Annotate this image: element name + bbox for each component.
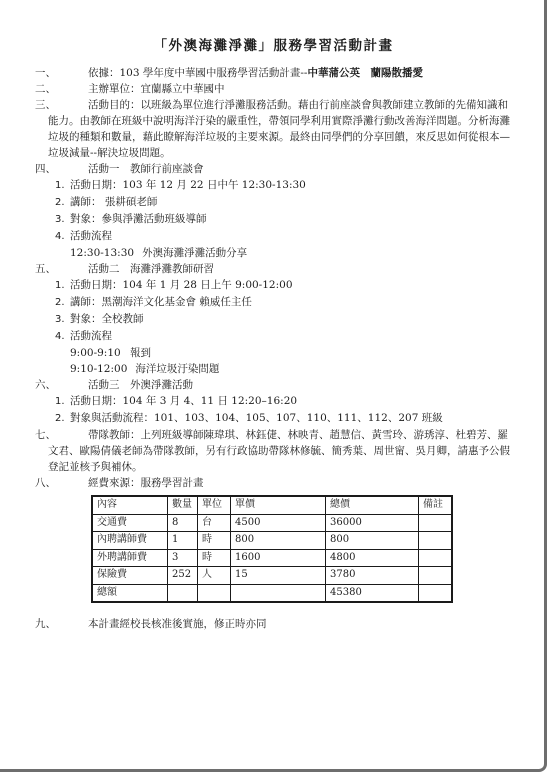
section-basis: 一、依據：103 學年度中華國中服務學習活動計畫--中華蒲公英 蘭陽散播愛 [35, 65, 512, 81]
schedule-text: 海洋垃圾汙染問題 [135, 363, 219, 375]
section-text: 主辦單位：宜蘭縣立中華國中 [88, 83, 225, 95]
cell-note [419, 532, 453, 550]
document-content: 「外澳海灘淨灘」服務學習活動計畫 一、依據：103 學年度中華國中服務學習活動計… [0, 0, 544, 632]
slogan-text: 中華蒲公英 蘭陽散播愛 [307, 67, 423, 79]
item-number: 1. [55, 178, 70, 194]
section-number: 九、 [35, 616, 88, 632]
item-text: 活動日期：103 年 12 月 22 日中午 12:30-13:30 [70, 179, 306, 191]
header-cell: 數量 [168, 496, 198, 514]
item-text: 活動日期：104 年 1 月 28 日上午 9:00-12:00 [70, 279, 293, 291]
item-text: 活動日期：104 年 3 月 4、11 日 12:20–16:20 [70, 395, 297, 407]
item-text: 講師：黑潮海洋文化基金會 賴威任主任 [70, 296, 252, 308]
header-cell: 單價 [231, 496, 326, 514]
list-item: 1.活動日期：103 年 12 月 22 日中午 12:30-13:30 [55, 177, 512, 194]
item-number: 3. [55, 212, 70, 228]
section-text: 活動目的：以班級為單位進行淨灘服務活動。藉由行前座談會與教師建立教師的先備知識和… [48, 99, 510, 159]
cell-item: 內聘講師費 [92, 532, 168, 550]
schedule-text: 外澳海灘淨灘活動分享 [142, 247, 247, 259]
cell-note [419, 514, 453, 532]
cell-price: 1600 [231, 549, 326, 567]
item-text: 講師： 張耕碩老師 [70, 196, 157, 208]
cell-item: 保險費 [92, 567, 168, 585]
cell-qty: 3 [168, 549, 198, 567]
item-number: 3. [55, 312, 70, 328]
section-number: 三、 [35, 97, 88, 113]
cell-total: 3780 [326, 567, 419, 585]
table-row: 保險費 252 人 15 3780 [92, 567, 452, 585]
item-number: 1. [55, 394, 70, 410]
document-page: 「外澳海灘淨灘」服務學習活動計畫 一、依據：103 學年度中華國中服務學習活動計… [0, 0, 547, 772]
item-number: 2. [55, 195, 70, 211]
section-text: 依據：103 學年度中華國中服務學習活動計畫-- [88, 67, 307, 79]
item-text: 對象：全校教師 [70, 313, 144, 325]
schedule-line: 9:00-9:10報到 [70, 345, 512, 361]
cell-qty: 1 [168, 532, 198, 550]
item-number: 4. [55, 229, 70, 245]
item-number: 2. [55, 295, 70, 311]
cell-item: 交通費 [92, 514, 168, 532]
header-cell: 總價 [326, 496, 419, 514]
list-item: 4.活動流程 [55, 328, 512, 345]
schedule-line: 12:30-13:30外澳海灘淨灘活動分享 [70, 245, 512, 261]
list-item: 3.對象：全校教師 [55, 311, 512, 328]
cell-unit [198, 584, 231, 602]
cell-total: 45380 [326, 584, 419, 602]
cell-unit: 人 [198, 567, 231, 585]
section-text: 帶隊教師：上列班級導師陳瑋琪、林鈺倢、林映青、趙慧信、黃雪玲、游琇淳、杜碧芳、羅… [48, 429, 510, 473]
section-activity-2: 五、活動二 海灘淨灘教師研習 [35, 261, 512, 277]
cell-qty: 8 [168, 514, 198, 532]
cell-qty [168, 584, 198, 602]
cell-note [419, 567, 453, 585]
section-text: 活動一 教師行前座談會 [88, 163, 204, 175]
section-organizer: 二、主辦單位：宜蘭縣立中華國中 [35, 81, 512, 97]
item-text: 對象與活動流程：101、103、104、105、107、110、111、112、… [70, 412, 443, 424]
list-item: 2.對象與活動流程：101、103、104、105、107、110、111、11… [55, 410, 512, 427]
section-purpose: 三、活動目的：以班級為單位進行淨灘服務活動。藉由行前座談會與教師建立教師的先備知… [35, 97, 512, 161]
cell-unit: 時 [198, 532, 231, 550]
section-number: 五、 [35, 261, 88, 277]
schedule-time: 9:10-12:00 [70, 361, 127, 377]
cell-unit: 台 [198, 514, 231, 532]
cell-note [419, 584, 453, 602]
section-approval: 九、本計畫經校長核准後實施，修正時亦同 [35, 616, 512, 632]
cell-price: 800 [231, 532, 326, 550]
cell-item: 總額 [92, 584, 168, 602]
item-text: 活動流程 [70, 230, 112, 242]
cell-note [419, 549, 453, 567]
section-number: 四、 [35, 161, 88, 177]
cell-price: 15 [231, 567, 326, 585]
header-cell: 備註 [419, 496, 453, 514]
cell-total: 800 [326, 532, 419, 550]
section-activity-3: 六、活動三 外澳淨灘活動 [35, 377, 512, 393]
section-activity-1: 四、活動一 教師行前座談會 [35, 161, 512, 177]
list-item: 3.對象：參與淨灘活動班級導師 [55, 211, 512, 228]
schedule-line: 9:10-12:00海洋垃圾汙染問題 [70, 361, 512, 377]
schedule-time: 9:00-9:10 [70, 345, 122, 361]
budget-table: 內容 數量 單位 單價 總價 備註 交通費 8 台 4500 36000 內聘講… [91, 495, 453, 603]
list-item: 2.講師：黑潮海洋文化基金會 賴威任主任 [55, 294, 512, 311]
section-number: 八、 [35, 475, 88, 491]
section-number: 一、 [35, 65, 88, 81]
section-number: 六、 [35, 377, 88, 393]
section-number: 二、 [35, 81, 88, 97]
item-number: 2. [55, 411, 70, 427]
page-title: 「外澳海灘淨灘」服務學習活動計畫 [35, 36, 512, 56]
table-row: 交通費 8 台 4500 36000 [92, 514, 452, 532]
item-text: 對象：參與淨灘活動班級導師 [70, 213, 207, 225]
item-number: 1. [55, 278, 70, 294]
item-text: 活動流程 [70, 330, 112, 342]
table-header-row: 內容 數量 單位 單價 總價 備註 [92, 496, 452, 514]
section-text: 活動三 外澳淨灘活動 [88, 379, 193, 391]
schedule-text: 報到 [130, 347, 151, 359]
item-number: 4. [55, 329, 70, 345]
list-item: 1.活動日期：104 年 3 月 4、11 日 12:20–16:20 [55, 393, 512, 410]
section-teachers: 七、帶隊教師：上列班級導師陳瑋琪、林鈺倢、林映青、趙慧信、黃雪玲、游琇淳、杜碧芳… [35, 427, 512, 475]
cell-total: 36000 [326, 514, 419, 532]
list-item: 2.講師： 張耕碩老師 [55, 194, 512, 211]
cell-price [231, 584, 326, 602]
section-text: 經費來源：服務學習計畫 [88, 477, 204, 489]
section-funding: 八、經費來源：服務學習計畫 [35, 475, 512, 491]
list-item: 4.活動流程 [55, 228, 512, 245]
cell-item: 外聘講師費 [92, 549, 168, 567]
section-text: 活動二 海灘淨灘教師研習 [88, 263, 214, 275]
cell-qty: 252 [168, 567, 198, 585]
section-text: 本計畫經校長核准後實施，修正時亦同 [88, 618, 267, 630]
section-number: 七、 [35, 427, 88, 443]
cell-total: 4800 [326, 549, 419, 567]
schedule-time: 12:30-13:30 [70, 245, 134, 261]
list-item: 1.活動日期：104 年 1 月 28 日上午 9:00-12:00 [55, 277, 512, 294]
cell-unit: 時 [198, 549, 231, 567]
cell-price: 4500 [231, 514, 326, 532]
header-cell: 內容 [92, 496, 168, 514]
header-cell: 單位 [198, 496, 231, 514]
table-row-total: 總額 45380 [92, 584, 452, 602]
table-row: 內聘講師費 1 時 800 800 [92, 532, 452, 550]
table-row: 外聘講師費 3 時 1600 4800 [92, 549, 452, 567]
